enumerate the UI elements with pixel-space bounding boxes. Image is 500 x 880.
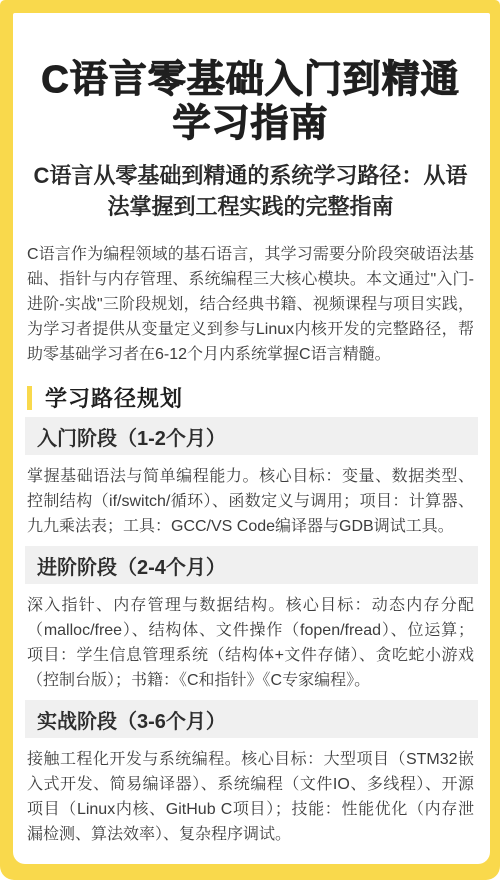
stage-block-intermediate: 进阶阶段（2-4个月） 深入指针、内存管理与数据结构。核心目标：动态内存分配（m… [27,546,474,693]
stage-body-text: 掌握基础语法与简单编程能力。核心目标：变量、数据类型、控制结构（if/switc… [27,464,474,539]
article-card: C语言零基础入门到精通学习指南 C语言从零基础到精通的系统学习路径：从语法掌握到… [13,13,490,864]
stage-block-practical: 实战阶段（3-6个月） 接触工程化开发与系统编程。核心目标：大型项目（STM32… [27,700,474,847]
stage-title-bar: 进阶阶段（2-4个月） [25,546,478,584]
stage-block-beginner: 入门阶段（1-2个月） 掌握基础语法与简单编程能力。核心目标：变量、数据类型、控… [27,417,474,539]
page-subtitle: C语言从零基础到精通的系统学习路径：从语法掌握到工程实践的完整指南 [27,160,474,222]
stage-body-text: 接触工程化开发与系统编程。核心目标：大型项目（STM32嵌入式开发、简易编译器）… [27,747,474,847]
section-heading: 学习路径规划 [27,384,474,411]
stage-title-bar: 入门阶段（1-2个月） [25,417,478,455]
intro-paragraph: C语言作为编程领域的基石语言，其学习需要分阶段突破语法基础、指针与内存管理、系统… [27,242,474,367]
stage-title-label: 进阶阶段（2-4个月） [37,551,226,580]
page-title: C语言零基础入门到精通学习指南 [27,58,474,146]
stage-body-text: 深入指针、内存管理与数据结构。核心目标：动态内存分配（malloc/free）、… [27,593,474,693]
stage-title-bar: 实战阶段（3-6个月） [25,700,478,738]
stage-title-label: 入门阶段（1-2个月） [37,422,226,451]
yellow-frame: C语言零基础入门到精通学习指南 C语言从零基础到精通的系统学习路径：从语法掌握到… [0,0,500,880]
stage-title-label: 实战阶段（3-6个月） [37,705,226,734]
section-accent-bar [27,386,32,410]
section-heading-label: 学习路径规划 [45,382,183,413]
